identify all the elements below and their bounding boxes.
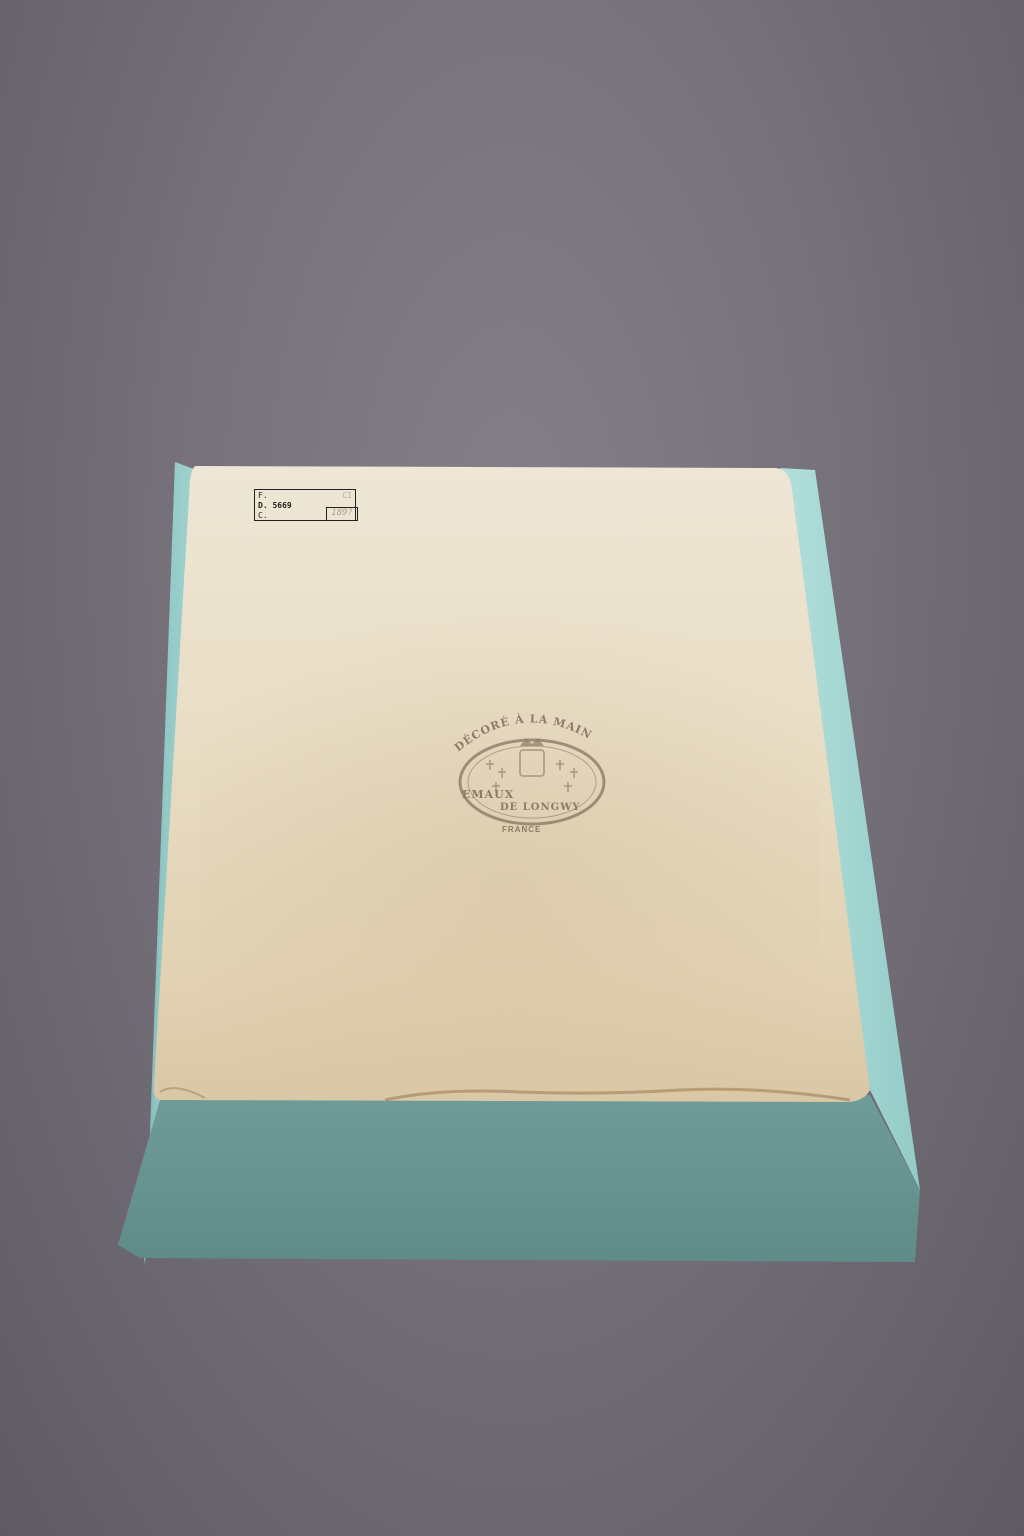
label-line-f: F. — [258, 491, 268, 500]
photo-scene: F. D. 5669 C. C1 189? DÉCORÉ À LA MAIN — [0, 0, 1024, 1536]
maker-stamp: DÉCORÉ À LA MAIN EMAUX DE LONGWY FRANCE — [440, 700, 620, 840]
stamp-country: FRANCE — [502, 825, 541, 834]
stamp-brand-line2: DE LONGWY — [500, 802, 581, 813]
label-year: 189? — [326, 507, 358, 521]
label-line-d: D. 5669 — [258, 501, 292, 510]
tray-front-rim — [118, 1095, 920, 1262]
inventory-label: F. D. 5669 C. C1 189? — [254, 489, 358, 523]
stamp-emblem: DÉCORÉ À LA MAIN — [440, 700, 620, 840]
stamp-brand-line1: EMAUX — [462, 788, 514, 801]
label-class-code: C1 — [342, 491, 352, 500]
label-line-c: C. — [258, 511, 268, 520]
